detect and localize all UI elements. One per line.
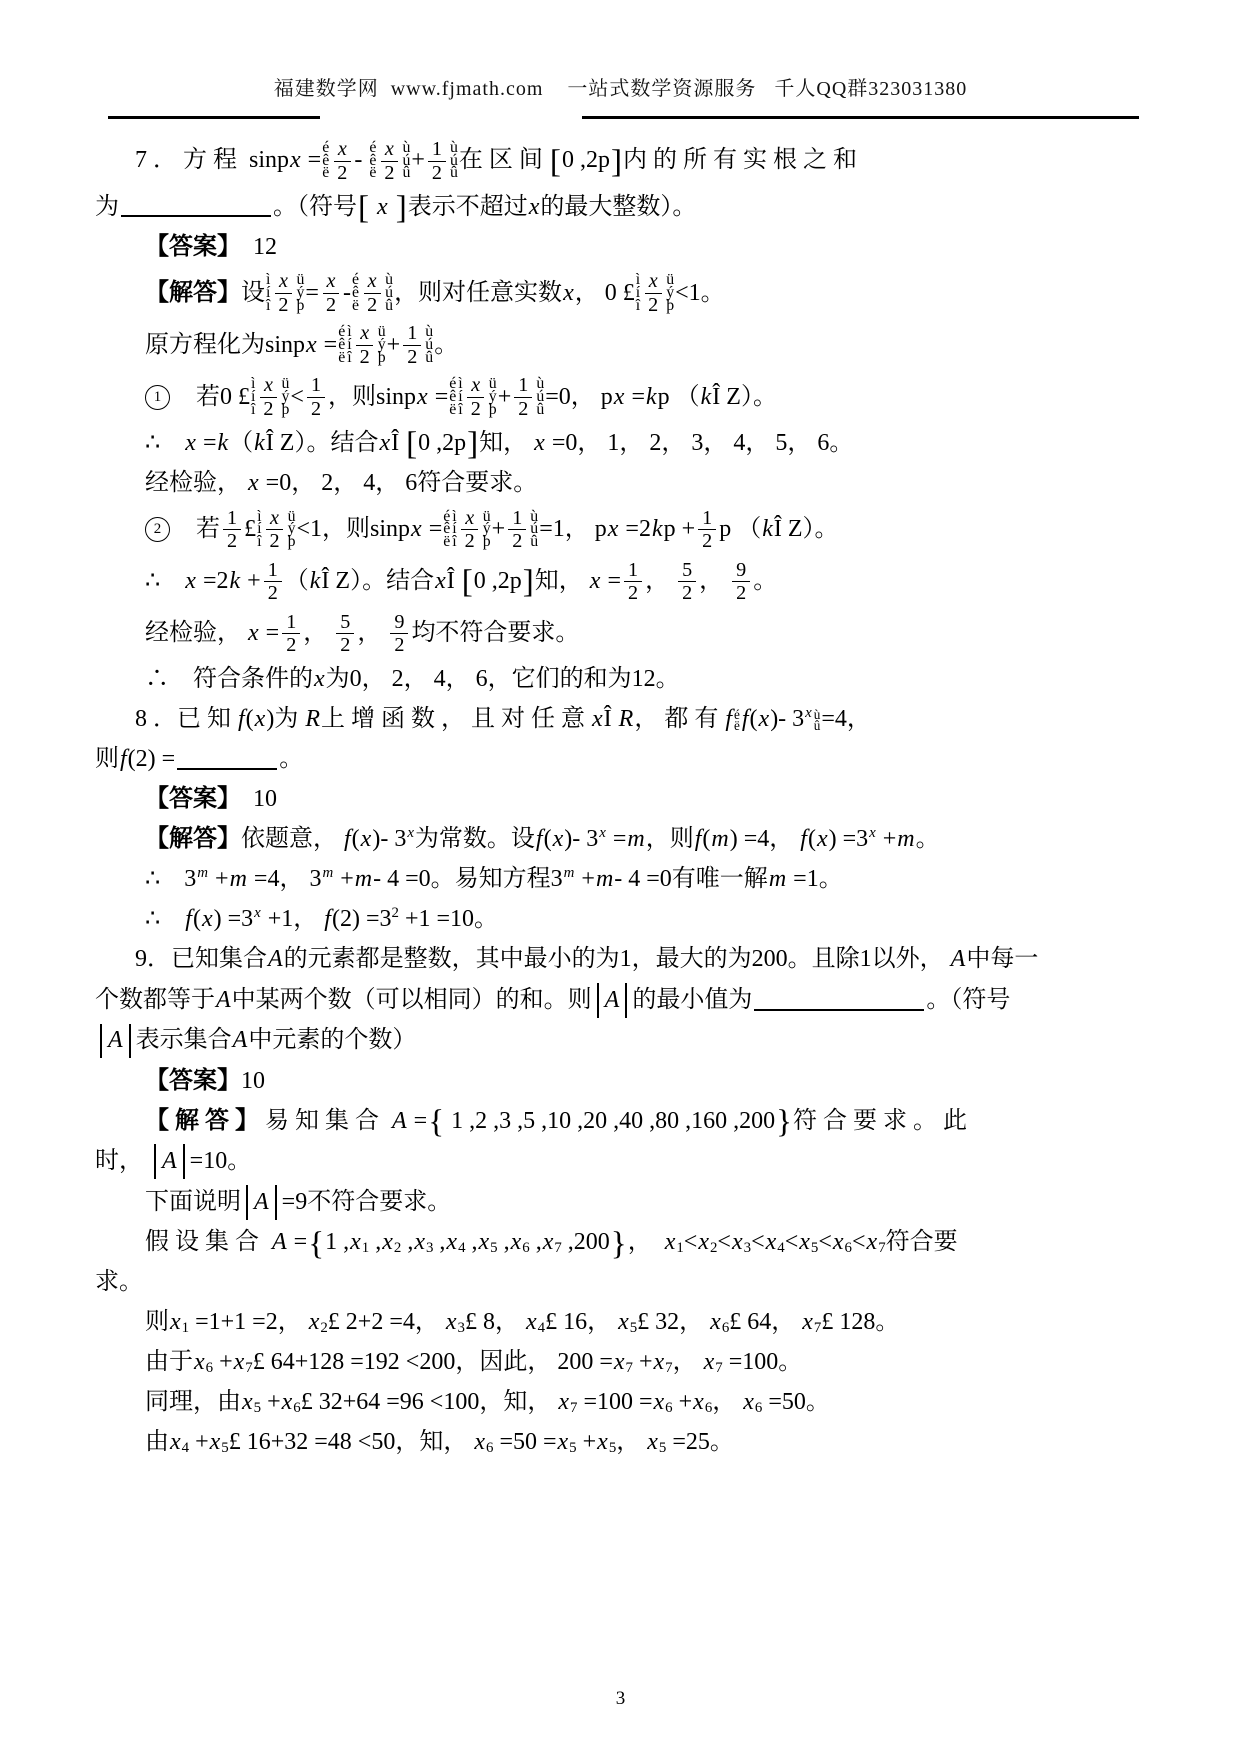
text: 。（符号	[926, 985, 1010, 1016]
p9-assumption-line1: 假 设 集 合 A ={1 ,x1 ,x2 ,x3 ,x4 ,x5 ,x6 ,x…	[95, 1226, 1146, 1260]
text: (	[808, 824, 816, 855]
superscript: 2	[392, 904, 399, 923]
text: =2	[619, 514, 651, 545]
math-var: x	[552, 824, 565, 855]
bracket-glyph: ë	[369, 167, 376, 180]
subscript: 2	[394, 1239, 401, 1258]
math-var: f	[741, 704, 750, 735]
p7-statement-line1: 7 ． 方 程 sinpx =éêëx2- éêëx2ùúû+12ùúû在 区 …	[95, 138, 1146, 184]
text: 下面说明	[145, 1187, 241, 1218]
text: ) =3	[214, 904, 254, 935]
text: 7 ． 方 程 sin	[135, 145, 277, 176]
text: ∴	[145, 904, 184, 935]
bracket-glyph: þ	[483, 536, 491, 549]
denominator: 2	[390, 634, 408, 657]
math-var: x	[617, 1307, 630, 1338]
denominator: 2	[678, 582, 696, 605]
text: - 4 =0有唯一解	[614, 864, 768, 895]
p9-deduction-2: 由于x6 +x7£ 64+128 =192 <200，因此， 200 =x7 +…	[95, 1346, 1146, 1380]
fraction: x2	[274, 270, 292, 316]
math-var: A	[391, 1106, 408, 1137]
text: +	[633, 1347, 653, 1378]
text: - 4 =0。易知方程3	[373, 864, 563, 895]
text: Î	[447, 566, 461, 597]
text: =2	[197, 566, 229, 597]
denominator: 2	[508, 530, 526, 553]
text: 。（符号	[273, 192, 357, 223]
text: ∴ 符合条件的	[145, 664, 313, 695]
subscript: 5	[811, 1239, 818, 1258]
math-var: x	[169, 1427, 182, 1458]
section-label: 【解答】	[145, 278, 241, 309]
p7-statement-line2: 为。（符号[ x ]表示不超过x的最大整数）。	[95, 190, 1146, 224]
denominator: 2	[732, 582, 750, 605]
fraction: x2	[265, 507, 283, 553]
numerator: 9	[732, 559, 750, 583]
math-var: x	[533, 428, 546, 459]
bracket-glyph: î	[452, 536, 456, 549]
abs-bar	[100, 1024, 102, 1059]
math-var: x	[478, 1227, 491, 1258]
math-var: x	[281, 1387, 294, 1418]
bracket-glyph: î	[251, 404, 255, 417]
superscript: m	[563, 864, 576, 883]
bracket-glyph: þ	[489, 404, 497, 417]
text: 9．已知集合	[135, 944, 267, 975]
math-var: A	[271, 1227, 288, 1258]
text: 原方程化为sin	[145, 330, 293, 361]
text: 中元素的个数）	[248, 1025, 416, 1056]
denominator: 2	[322, 294, 340, 317]
text: （	[229, 428, 253, 459]
numerator: x	[381, 138, 398, 162]
fraction: 12	[514, 374, 532, 420]
text: 8 ．已 知	[135, 704, 237, 735]
circled-number: 1	[145, 385, 170, 410]
text: (2) =3	[332, 904, 392, 935]
text: ) =3	[829, 824, 869, 855]
math-var: x	[201, 904, 214, 935]
section-label: 【解答】	[145, 824, 241, 855]
p9-deduction-3: 同理，由x5 +x6£ 32+64 =96 <100，知， x7 =100 =x…	[95, 1386, 1146, 1420]
numerator: 1	[514, 374, 532, 398]
fraction: 12	[624, 559, 642, 605]
text: p	[398, 514, 410, 545]
math-var: x	[247, 468, 260, 499]
bracket-stack: éêë	[369, 142, 376, 180]
text: (	[544, 824, 552, 855]
text: 则	[145, 1307, 169, 1338]
fraction: 12	[508, 507, 526, 553]
text: ,	[498, 1227, 510, 1258]
subscript: 6	[845, 1239, 852, 1258]
math-var: x	[709, 1307, 722, 1338]
subscript: 5	[659, 1439, 666, 1458]
subscript: 7	[878, 1239, 885, 1258]
math-var: A	[215, 985, 232, 1016]
fraction: x2	[363, 270, 381, 316]
math-var: R	[618, 704, 635, 735]
subscript: 7	[570, 1399, 577, 1418]
text: +	[577, 1427, 597, 1458]
superscript: x	[804, 704, 813, 723]
text: 在 区 间	[459, 145, 549, 176]
p7-case1: 1 若0 £ìíîx2üýþ<12，则sinpx =éêëìíîx2üýþ+12…	[95, 374, 1146, 420]
delimiter: ]	[467, 427, 478, 460]
bracket-glyph: û	[385, 300, 393, 313]
text: p	[598, 145, 610, 176]
text: ，	[303, 618, 333, 649]
p7-case2: 2 若12£ìíîx2üýþ<1，则sinpx =éêëìíîx2üýþ+12ù…	[95, 507, 1146, 553]
text: 由于	[145, 1347, 193, 1378]
bracket-stack: üýþ	[288, 511, 296, 549]
page-number: 3	[0, 1688, 1241, 1710]
math-var: A	[604, 985, 621, 1016]
bracket-stack: ìíî	[452, 511, 456, 549]
fraction: 12	[223, 507, 241, 553]
text: =4，	[821, 704, 871, 735]
delimiter: ]	[523, 565, 534, 598]
bracket-stack: éë	[734, 709, 740, 731]
fraction: 12	[698, 507, 716, 553]
subscript: 4	[182, 1439, 189, 1458]
fraction: x2	[380, 138, 398, 184]
numerator: x	[461, 507, 478, 531]
math-var: f	[343, 824, 352, 855]
text: 。	[279, 744, 303, 775]
subscript: 4	[458, 1239, 465, 1258]
bracket-glyph: ë	[443, 536, 450, 549]
delimiter: ]	[611, 145, 622, 178]
section-label: 【答案】	[145, 232, 241, 263]
text: p （	[658, 382, 700, 413]
superscript: x	[406, 824, 415, 843]
bracket-stack: ìíî	[636, 274, 640, 312]
text: =	[408, 1106, 428, 1137]
math-var: x	[816, 824, 829, 855]
abs-bar	[275, 1185, 277, 1220]
text: +	[334, 864, 354, 895]
text: =	[302, 145, 322, 176]
superscript: m	[196, 864, 209, 883]
math-var: A	[253, 1187, 270, 1218]
text: p	[293, 330, 305, 361]
text: 的最小值为	[632, 985, 752, 1016]
text: =	[305, 278, 319, 309]
math-var: A	[950, 944, 967, 975]
denominator: 2	[428, 162, 446, 185]
bracket-stack: éêë	[352, 274, 359, 312]
p9-answer: 【答案】10	[95, 1064, 1146, 1098]
text: ，	[699, 566, 729, 597]
math-var: f	[535, 824, 544, 855]
fraction: x2	[644, 270, 662, 316]
bracket-stack: üýþ	[296, 274, 304, 312]
text: <1。	[675, 278, 725, 309]
text: (2) =	[128, 744, 176, 775]
math-var: x	[254, 704, 267, 735]
math-var: k	[651, 514, 664, 545]
text: (	[750, 704, 758, 735]
text: =100 =	[577, 1387, 652, 1418]
section-label: 【答案】	[145, 1066, 241, 1097]
math-var: x	[434, 566, 447, 597]
p7-case1-roots: ∴ x =k（kÎ Z）。结合xÎ [0 ,2p]知， x =0， 1， 2， …	[95, 427, 1146, 461]
bracket-glyph: û	[536, 404, 544, 417]
math-var: x	[473, 1427, 486, 1458]
text: 时，	[95, 1146, 149, 1177]
subscript: 1	[362, 1239, 369, 1258]
text: =1，	[539, 514, 595, 545]
p9-statement-line1: 9．已知集合A的元素都是整数，其中最小的为1，最大的为200。且除1以外， A中…	[95, 943, 1146, 977]
math-var: k	[761, 514, 774, 545]
math-var: x	[542, 1227, 555, 1258]
p7-answer: 【答案】 12	[95, 230, 1146, 264]
bracket-glyph: î	[636, 300, 640, 313]
subscript: 7	[665, 1359, 672, 1378]
math-var: x	[193, 1347, 206, 1378]
p7-case2-check: 经检验， x =12， 52， 92均不符合要求。	[95, 611, 1146, 657]
text: +1 =10。	[399, 904, 498, 935]
bracket-stack: éêë	[322, 142, 329, 180]
text: 符合要	[886, 1227, 958, 1258]
math-var: x	[596, 1427, 609, 1458]
math-var: x	[832, 1227, 845, 1258]
numerator: 1	[307, 374, 325, 398]
math-var: x	[376, 192, 389, 223]
text: (	[193, 904, 201, 935]
p7-case1-check: 经检验， x =0， 2， 4， 6符合要求。	[95, 467, 1146, 501]
answer-blank	[121, 191, 271, 217]
numerator: x	[275, 270, 292, 294]
text: <	[785, 1227, 799, 1258]
text: 内 的 所 有 实 根 之 和	[623, 145, 857, 176]
bracket-glyph: þ	[666, 300, 674, 313]
math-var: A	[267, 944, 284, 975]
bracket-glyph: ë	[338, 352, 345, 365]
bracket-glyph: þ	[296, 300, 304, 313]
text: +	[261, 1387, 281, 1418]
superscript: x	[868, 824, 877, 843]
text: =50 =	[493, 1427, 556, 1458]
math-var: x	[607, 514, 620, 545]
math-var: x	[557, 1427, 570, 1458]
text: p	[404, 382, 416, 413]
p7-case2-roots: ∴ x =2k +12（kÎ Z）。结合xÎ [0 ,2p]知， x =12， …	[95, 559, 1146, 605]
delimiter: [	[550, 145, 561, 178]
text: ，	[673, 1347, 703, 1378]
math-var: x	[528, 192, 541, 223]
subscript: 5	[221, 1439, 228, 1458]
text: -	[354, 145, 368, 176]
text: 中某两个数（可以相同）的和。则	[232, 985, 592, 1016]
text: =10。	[190, 1146, 252, 1177]
math-var: x	[241, 1387, 254, 1418]
text: +	[492, 514, 506, 545]
text: Î Z）。	[712, 382, 777, 413]
numerator: 1	[403, 322, 421, 346]
numerator: 9	[390, 611, 408, 635]
text: ,	[530, 1227, 542, 1258]
bracket-stack: üýþ	[489, 378, 497, 416]
math-var: x	[416, 382, 429, 413]
denominator: 2	[336, 634, 354, 657]
text: Î Z）。	[774, 514, 839, 545]
math-var: x	[381, 1227, 394, 1258]
math-var: k	[700, 382, 713, 413]
bracket-glyph: î	[266, 300, 270, 313]
text: ,	[401, 1227, 413, 1258]
superscript: m	[321, 864, 334, 883]
p8-solution-line2: ∴ 3m +m =4， 3m +m- 4 =0。易知方程3m +m- 4 =0有…	[95, 863, 1146, 897]
text: p	[277, 145, 289, 176]
header-rule-left	[108, 116, 320, 119]
text: =100。	[723, 1347, 803, 1378]
numerator: 5	[336, 611, 354, 635]
fraction: x2	[333, 138, 351, 184]
denominator: 2	[333, 162, 351, 185]
math-var: x	[184, 428, 197, 459]
numerator: x	[364, 270, 381, 294]
bracket-glyph: ë	[734, 720, 740, 731]
text: ∴	[145, 428, 184, 459]
text: +	[877, 824, 897, 855]
text: 知，	[535, 566, 589, 597]
denominator: 2	[644, 294, 662, 317]
math-var: x	[445, 1307, 458, 1338]
bracket-stack: ìíî	[266, 274, 270, 312]
subscript: 6	[722, 1319, 729, 1338]
text: £ 16+32 =48 <50，知，	[229, 1427, 474, 1458]
p7-conclusion: ∴ 符合条件的x为0， 2， 4， 6，它们的和为12。	[95, 663, 1146, 697]
bracket-stack: ùúû	[425, 326, 433, 364]
text: ,	[466, 1227, 478, 1258]
text: 。	[434, 330, 458, 361]
numerator: 1	[428, 138, 446, 162]
abs-bar	[129, 1024, 131, 1059]
math-var: m	[710, 824, 729, 855]
denominator: 2	[514, 398, 532, 421]
text: =	[625, 382, 645, 413]
circled-number: 2	[145, 517, 170, 542]
subscript: 1	[676, 1239, 683, 1258]
text: <1，则sin	[296, 514, 398, 545]
text: (	[246, 704, 254, 735]
text: =1+1 =2，	[189, 1307, 308, 1338]
denominator: 2	[380, 162, 398, 185]
bracket-stack: ùúû	[402, 142, 410, 180]
bracket-glyph: ë	[322, 167, 329, 180]
math-var: x	[209, 1427, 222, 1458]
subscript: 3	[458, 1319, 465, 1338]
text: +	[213, 1347, 233, 1378]
text: 知，	[479, 428, 533, 459]
denominator: 2	[274, 294, 292, 317]
bracket-stack: ùúû	[536, 378, 544, 416]
text: £ 2+2 =4，	[328, 1307, 445, 1338]
text: £ 32+64 =96 <100，知，	[301, 1387, 558, 1418]
bracket-glyph: û	[530, 536, 538, 549]
bracket-glyph: î	[347, 352, 351, 365]
math-var: x	[703, 1347, 716, 1378]
delimiter: {	[428, 1105, 444, 1138]
text: 10	[241, 1066, 265, 1097]
math-var: x	[308, 1307, 321, 1338]
denominator: 2	[698, 530, 716, 553]
math-var: f	[323, 904, 332, 935]
math-var: x	[765, 1227, 778, 1258]
fraction: 52	[336, 611, 354, 657]
math-var: x	[360, 824, 373, 855]
math-var: x	[742, 1387, 755, 1418]
text: )- 3	[372, 824, 406, 855]
fraction: 52	[678, 559, 696, 605]
bracket-glyph: ë	[352, 300, 359, 313]
text: £ 64+128 =192 <200，因此， 200 =	[253, 1347, 613, 1378]
denominator: 2	[264, 582, 282, 605]
text: 设	[241, 278, 265, 309]
math-var: x	[247, 618, 260, 649]
text: (	[702, 824, 710, 855]
abs-bar	[625, 983, 627, 1018]
math-var: x	[653, 1387, 666, 1418]
text: +	[209, 864, 229, 895]
p8-answer: 【答案】 10	[95, 783, 1146, 817]
abs-bar	[246, 1185, 248, 1220]
fraction: 12	[264, 559, 282, 605]
math-var: m	[229, 864, 248, 895]
bracket-stack: ìíî	[251, 378, 255, 416]
subscript: 1	[182, 1319, 189, 1338]
numerator: x	[645, 270, 662, 294]
subscript: 7	[626, 1359, 633, 1378]
bracket-glyph: û	[425, 352, 433, 365]
text: Î Z）。结合	[321, 566, 434, 597]
denominator: 2	[363, 294, 381, 317]
text: ∴	[145, 566, 184, 597]
text: p +	[664, 514, 696, 545]
text: =4， 3	[248, 864, 322, 895]
math-var: k	[253, 428, 266, 459]
fraction: x2	[259, 374, 277, 420]
text: 的最大整数）。	[540, 192, 696, 223]
p8-solution-line3: ∴ f(x) =3x +1， f(2) =32 +1 =10。	[95, 903, 1146, 937]
text: 若	[172, 514, 220, 545]
text: ， 0 £	[575, 278, 635, 309]
text: =1。	[787, 864, 843, 895]
text: p	[454, 428, 466, 459]
text: 0 ,2	[418, 428, 454, 459]
text: £ 8，	[465, 1307, 525, 1338]
text: 为常数。设	[415, 824, 535, 855]
bracket-stack: ùû	[814, 709, 821, 731]
text: 经检验，	[145, 618, 247, 649]
text: ∴ 3	[145, 864, 196, 895]
text: ,200	[562, 1227, 610, 1258]
text: =	[607, 824, 627, 855]
math-var: x	[801, 1307, 814, 1338]
fraction: 12	[307, 374, 325, 420]
p9-deduction-4: 由x4 +x5£ 16+32 =48 <50，知， x6 =50 =x5 +x5…	[95, 1426, 1146, 1460]
text: 为	[95, 192, 119, 223]
text: )- 3	[770, 704, 804, 735]
bracket-stack: éêë	[449, 378, 456, 416]
text: ，	[357, 618, 387, 649]
math-var: x	[169, 1307, 182, 1338]
math-var: x	[697, 1227, 710, 1258]
text: +	[575, 864, 595, 895]
bracket-glyph: û	[450, 167, 458, 180]
